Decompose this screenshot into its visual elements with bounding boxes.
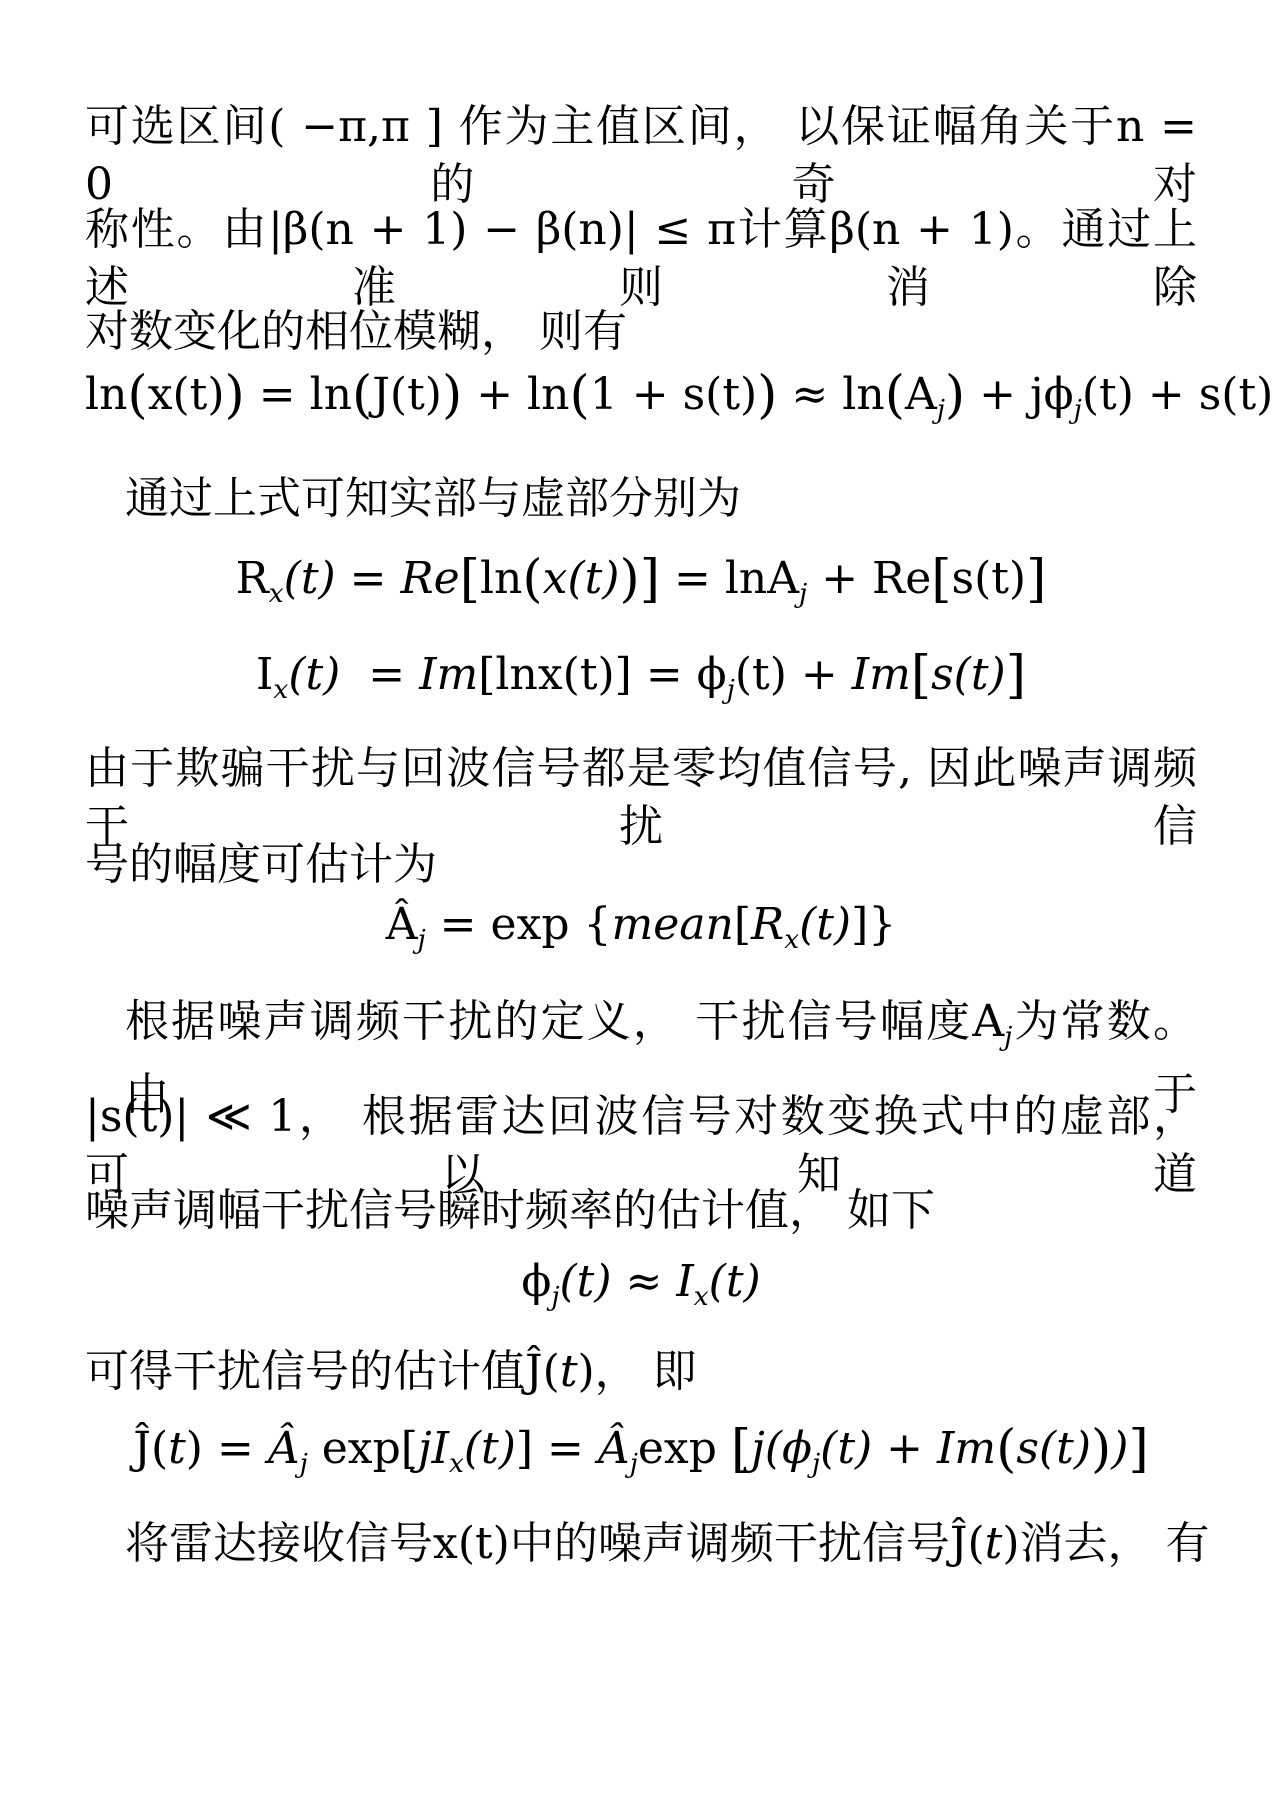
text-run: 中的噪声调频干扰信号 [510, 1518, 950, 1569]
text-run: (t) [799, 899, 851, 950]
text-run: ] = [516, 1423, 598, 1474]
text-run: 可选区间 [85, 101, 268, 152]
text-run: |s(t)| ≪ 1 [85, 1091, 296, 1142]
text-run: Im [852, 649, 911, 700]
text-run: (t) [284, 553, 336, 604]
text-run: ln [85, 369, 127, 420]
text-run: t [985, 1518, 1003, 1569]
text-run: [ [911, 645, 931, 705]
text-run: ( [569, 365, 589, 425]
text-run: ( [151, 1423, 168, 1474]
text-run: x [694, 1281, 709, 1312]
formula-real-part: Rx(t) = Re[ln(x(t))] = lnAj + Re[s(t)] [85, 550, 1197, 623]
text-run: j [551, 1281, 559, 1312]
text-run: [ [401, 1423, 418, 1474]
text-run: = [340, 649, 419, 700]
text-run: |β(n + 1) − β(n)| ≤ π [268, 204, 736, 255]
text-run: [ [931, 549, 951, 609]
text-run: A [905, 369, 937, 420]
text-run: + Re [807, 553, 931, 604]
text-run: I [256, 649, 273, 700]
text-run: β(n + 1) [829, 204, 1014, 255]
paragraph-odd-symmetry: 称性。由|β(n + 1) − β(n)| ≤ π计算β(n + 1)。通过上述… [85, 201, 1197, 317]
text-run: 消去， 有 [1020, 1518, 1210, 1569]
formula-phase-approx: ϕj(t) ≈ Ix(t) [85, 1253, 1197, 1326]
text-run: + jϕ [965, 369, 1073, 420]
paragraph-estimate-intro: 可得干扰信号的估计值Ĵ(t)， 即 [85, 1343, 1197, 1401]
text-run: x(t) [148, 369, 225, 420]
text-run: ) [1091, 1419, 1111, 1479]
text-run: j [630, 1448, 638, 1479]
formula-jamming-estimate: Ĵ(t) = Âj exp[jIx(t)] = Âjexp [j(ϕj(t) +… [85, 1420, 1197, 1493]
text-run: ( [127, 365, 147, 425]
text-run: j(ϕ [751, 1423, 812, 1474]
text-run: ] [1128, 1419, 1148, 1479]
text-run: x(t) [433, 1518, 510, 1569]
text-run: ( −π,π ] [268, 101, 458, 152]
text-run: Ĵ( [950, 1518, 985, 1569]
text-run: Im [937, 1423, 996, 1474]
document-page: 可选区间( −π,π ] 作为主值区间， 以保证幅角关于n = 0的奇对 称性。… [0, 0, 1275, 1803]
formula-log-expansion: ln(x(t)) = ln(J(t)) + ln(1 + s(t)) ≈ ln(… [85, 366, 1197, 439]
text-run: ≈ ln [777, 369, 884, 420]
text-run: [lnx(t)] = ϕ [478, 649, 726, 700]
text-run: [ [460, 549, 480, 609]
text-run: 称性。由 [85, 204, 268, 255]
paragraph-real-imag-intro: 通过上式可知实部与虚部分别为 [85, 470, 1197, 528]
text-run: exp [638, 1423, 731, 1474]
text-run: ϕ [521, 1256, 551, 1307]
text-run: Â [386, 899, 418, 950]
text-run: ) [225, 365, 245, 425]
paragraph-principal-interval: 可选区间( −π,π ] 作为主值区间， 以保证幅角关于n = 0的奇对 [85, 98, 1197, 214]
text-run: x [273, 674, 288, 705]
text-run: j [812, 1448, 820, 1479]
text-run: s(t) [931, 649, 1006, 700]
text-run: x [449, 1448, 464, 1479]
text-run: [ [734, 899, 751, 950]
text-run: j [418, 924, 426, 955]
text-run: ) [1111, 1423, 1128, 1474]
text-run: R [236, 553, 269, 604]
text-run: t [168, 1423, 186, 1474]
paragraph-zero-mean-2: 号的幅度可估计为 [85, 836, 1197, 894]
text-run: I [676, 1256, 693, 1307]
text-run: x(t) [543, 553, 620, 604]
text-run: R [751, 899, 784, 950]
text-run: exp [308, 1423, 401, 1474]
text-run: j [799, 578, 807, 609]
text-run: Re [401, 553, 460, 604]
text-run: 1 + s(t) [590, 369, 757, 420]
text-run: = [336, 553, 401, 604]
text-run: (t) [560, 1256, 612, 1307]
text-run: (t) [464, 1423, 516, 1474]
text-run: ) [757, 365, 777, 425]
formula-amplitude-estimate: Âj = exp {mean[Rx(t)]} [85, 896, 1197, 969]
text-run: 由于欺骗干扰与回波信号都是零均值信号 [85, 743, 898, 794]
text-run: x [784, 924, 799, 955]
text-run: j [300, 1448, 308, 1479]
text-run: j [727, 674, 735, 705]
text-run: = ln [245, 369, 352, 420]
text-run: Â [598, 1423, 630, 1474]
text-run: ， 即 [595, 1346, 697, 1397]
text-run: ) [619, 549, 639, 609]
paragraph-instant-frequency: 噪声调幅干扰信号瞬时频率的估计值， 如下 [85, 1182, 1197, 1240]
paragraph-cancel-jamming: 将雷达接收信号x(t)中的噪声调频干扰信号Ĵ(t)消去， 有 [85, 1515, 1197, 1573]
text-run: [ [731, 1419, 751, 1479]
text-run: ] [1006, 645, 1026, 705]
text-run: ) [578, 1346, 595, 1397]
text-run: s(t) [1016, 1423, 1091, 1474]
text-run: ( [885, 365, 905, 425]
formula-imag-part: Ix(t) = Im[lnx(t)] = ϕj(t) + Im[s(t)] [85, 646, 1197, 719]
text-run: = lnA [660, 553, 799, 604]
text-run: Im [419, 649, 478, 700]
text-run: ) [945, 365, 965, 425]
text-run: (t) + [820, 1423, 937, 1474]
text-run: ] [640, 549, 660, 609]
text-run: Ĵ( [525, 1346, 560, 1397]
text-run: 根据噪声调频干扰的定义， 干扰信号幅度 [125, 996, 972, 1047]
text-run: (t) [288, 649, 340, 700]
text-run: (t) [709, 1256, 761, 1307]
text-run: mean [612, 899, 734, 950]
text-run: ≈ [612, 1256, 677, 1307]
text-run: Ĵ [133, 1423, 151, 1474]
text-run: ) [1002, 1518, 1019, 1569]
text-run: + ln [462, 369, 569, 420]
text-run: j [1074, 394, 1082, 425]
text-run: ( [522, 549, 542, 609]
text-run: ln [480, 553, 522, 604]
text-run: J(t) [372, 369, 442, 420]
text-run: t [560, 1346, 578, 1397]
text-run: , [898, 743, 927, 794]
text-run: 计算 [736, 204, 829, 255]
text-run: ] [1026, 549, 1046, 609]
text-run: j [937, 394, 945, 425]
text-run: ( [352, 365, 372, 425]
text-run: Â [268, 1423, 300, 1474]
text-run: ) = [186, 1423, 268, 1474]
text-run: (t) + [735, 649, 852, 700]
paragraph-phase-ambiguity: 对数变化的相位模糊， 则有 [85, 303, 1197, 361]
text-run: 将雷达接收信号 [125, 1518, 433, 1569]
text-run: ( [996, 1419, 1016, 1479]
text-run: x [269, 578, 284, 609]
text-run: s(t) [952, 553, 1027, 604]
text-run: ) [442, 365, 462, 425]
text-run: 作为主值区间， 以保证幅角关于 [459, 101, 1116, 152]
text-run: jI [418, 1423, 449, 1474]
text-run: A [972, 996, 1004, 1047]
text-run: (t) + s(t) [1082, 369, 1273, 420]
text-run: ]} [851, 899, 896, 950]
text-run: 可得干扰信号的估计值 [85, 1346, 525, 1397]
text-run: = exp { [426, 899, 612, 950]
